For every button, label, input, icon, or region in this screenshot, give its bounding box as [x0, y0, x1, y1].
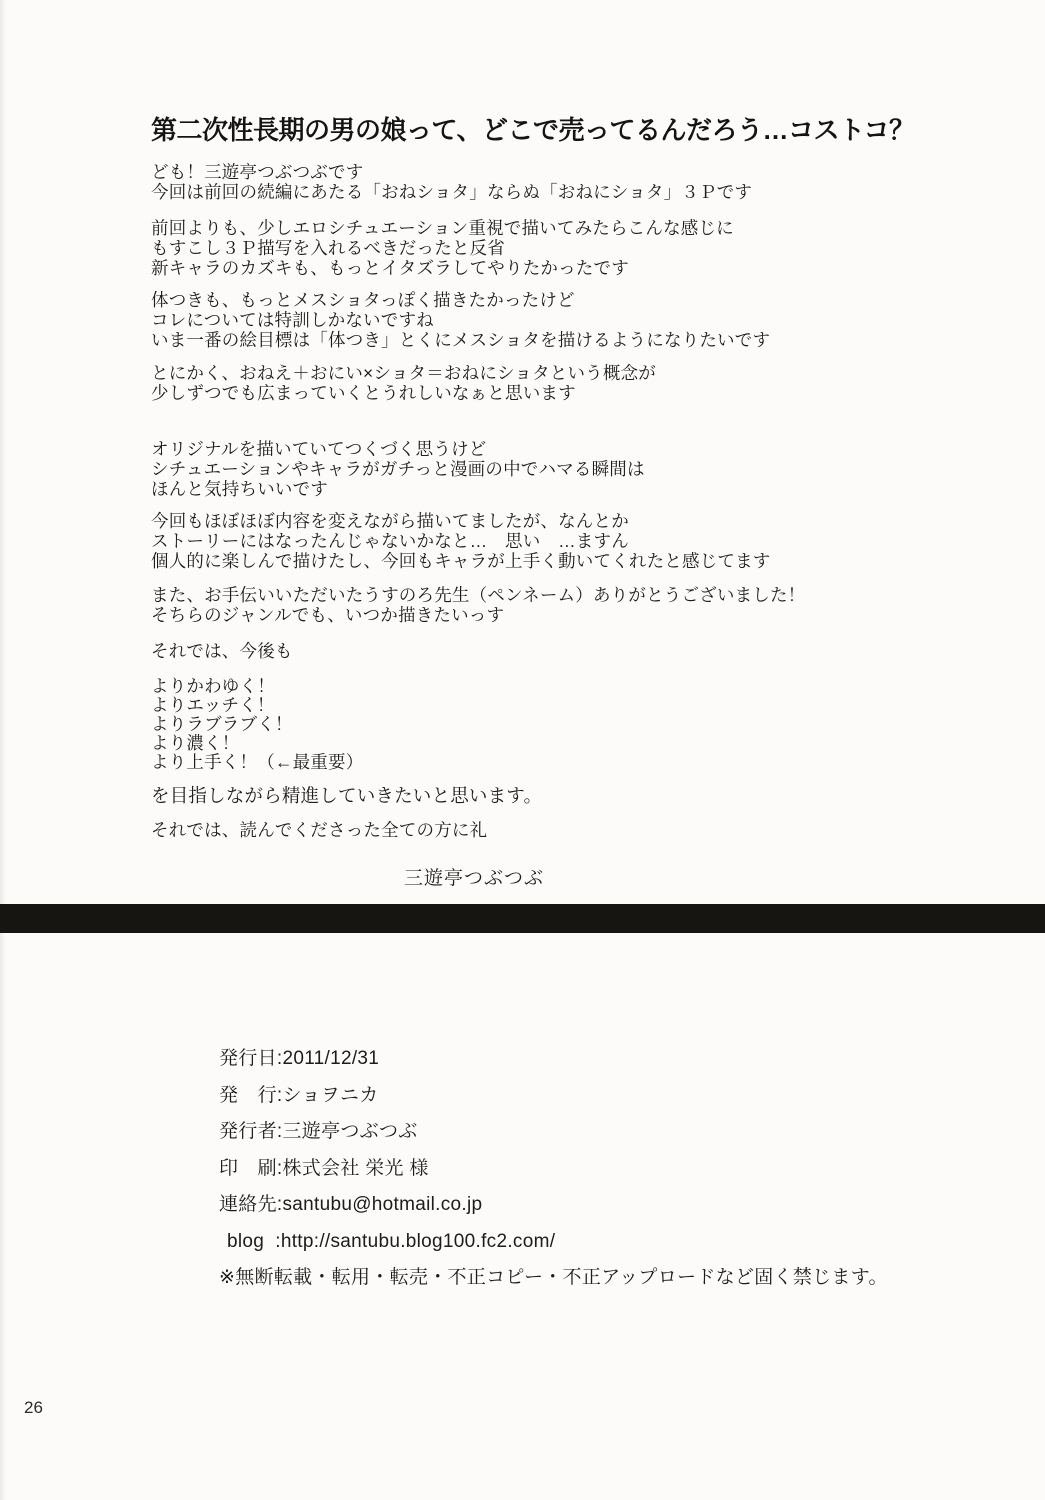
author-signature: 三遊亭つぶつぶ [404, 868, 941, 890]
text-line: 個人的に楽しんで描けたし、今回もキャラが上手く動いてくれたと感じてます [151, 551, 941, 571]
text-line: ども！三遊亭つぶつぶです [151, 162, 941, 182]
paragraph-goals-list: よりかわゆく！ よりエッチく！ よりラブラブく！ より濃く！ より上手く！（←最… [151, 677, 941, 772]
text-line: ほんと気持ちいいです [151, 479, 941, 499]
colophon-section: 発行日:2011/12/31 発 行:ショヲニカ 発行者:三遊亭つぶつぶ 印 刷… [219, 1041, 859, 1297]
text-line: 今回もほぼほぼ内容を変えながら描いてましたが、なんとか [151, 511, 941, 531]
colophon-printer: 印 刷:株式会社 栄光 様 [219, 1151, 859, 1188]
paragraph-concept: とにかく、おねえ＋おにい×ショタ＝おねにショタという概念が 少しずつでも広まって… [151, 363, 941, 403]
colophon-author: 発行者:三遊亭つぶつぶ [219, 1114, 859, 1151]
paragraph-lead-in: それでは、今後も [151, 641, 941, 661]
text-line: 新キャラのカズキも、もっとイタズラしてやりたかったです [151, 258, 941, 278]
text-line: ストーリーにはなったんじゃないかなと… 思い …ますん [151, 531, 941, 551]
colophon-copyright-notice: ※無断転載・転用・転売・不正コピー・不正アップロードなど固く禁じます。 [219, 1260, 859, 1297]
text-line: コレについては特訓しかないですね [151, 310, 941, 330]
text-line: いま一番の絵目標は「体つき」とくにメスショタを描けるようになりたいです [151, 330, 941, 350]
page-number: 26 [24, 1398, 43, 1418]
paragraph-original: オリジナルを描いていてつくづく思うけど シチュエーションやキャラがガチっと漫画の… [151, 439, 941, 499]
afterword-section: 第二次性長期の男の娘って、どこで売ってるんだろう…コストコ？ ども！三遊亭つぶつ… [151, 112, 941, 890]
page-title: 第二次性長期の男の娘って、どこで売ってるんだろう…コストコ？ [151, 112, 941, 148]
text-line: 前回よりも、少しエロシチュエーション重視で描いてみたらこんな感じに [151, 218, 941, 238]
paragraph-story: 今回もほぼほぼ内容を変えながら描いてましたが、なんとか ストーリーにはなったんじ… [151, 511, 941, 571]
text-line: 少しずつでも広まっていくとうれしいなぁと思います [151, 383, 941, 403]
text-line: とにかく、おねえ＋おにい×ショタ＝おねにショタという概念が [151, 363, 941, 383]
colophon-publisher-circle: 発 行:ショヲニカ [219, 1078, 859, 1115]
paragraph-closing: それでは、読んでくださった全ての方に礼 [151, 820, 941, 840]
text-line: もすこし３Ｐ描写を入れるべきだったと反省 [151, 238, 941, 258]
text-line: また、お手伝いいただいたうすのろ先生（ペンネーム）ありがとうございました！ [151, 585, 941, 605]
text-line: オリジナルを描いていてつくづく思うけど [151, 439, 941, 459]
text-line: よりラブラブく！ [151, 715, 941, 734]
text-line: より濃く！ [151, 734, 941, 753]
colophon-publish-date: 発行日:2011/12/31 [219, 1041, 859, 1078]
text-line: 体つきも、もっとメスショタっぽく描きたかったけど [151, 290, 941, 310]
paragraph-greeting: ども！三遊亭つぶつぶです 今回は前回の続編にあたる「おねショタ」ならぬ「おねにシ… [151, 162, 941, 202]
divider-bar [0, 904, 1045, 933]
paragraph-reflection: 前回よりも、少しエロシチュエーション重視で描いてみたらこんな感じに もすこし３Ｐ… [151, 218, 941, 278]
paragraph-art-goal: 体つきも、もっとメスショタっぽく描きたかったけど コレについては特訓しかないです… [151, 290, 941, 350]
text-line: そちらのジャンルでも、いつか描きたいっす [151, 605, 941, 625]
colophon-blog-url: blog :http://santubu.blog100.fc2.com/ [219, 1224, 859, 1261]
text-line: シチュエーションやキャラがガチっと漫画の中でハマる瞬間は [151, 459, 941, 479]
text-line: より上手く！（←最重要） [151, 753, 941, 772]
text-line: を目指しながら精進していきたいと思います。 [151, 786, 941, 806]
paragraph-thanks: また、お手伝いいただいたうすのろ先生（ペンネーム）ありがとうございました！ そち… [151, 585, 941, 625]
text-line: それでは、読んでくださった全ての方に礼 [151, 820, 941, 840]
text-line: よりかわゆく！ [151, 677, 941, 696]
scanned-document-page: 第二次性長期の男の娘って、どこで売ってるんだろう…コストコ？ ども！三遊亭つぶつ… [0, 0, 1045, 1500]
paragraph-resolve: を目指しながら精進していきたいと思います。 [151, 786, 941, 806]
colophon-contact-email: 連絡先:santubu@hotmail.co.jp [219, 1187, 859, 1224]
text-line: よりエッチく！ [151, 696, 941, 715]
text-line: 今回は前回の続編にあたる「おねショタ」ならぬ「おねにショタ」３Ｐです [151, 182, 941, 202]
text-line: それでは、今後も [151, 641, 941, 661]
